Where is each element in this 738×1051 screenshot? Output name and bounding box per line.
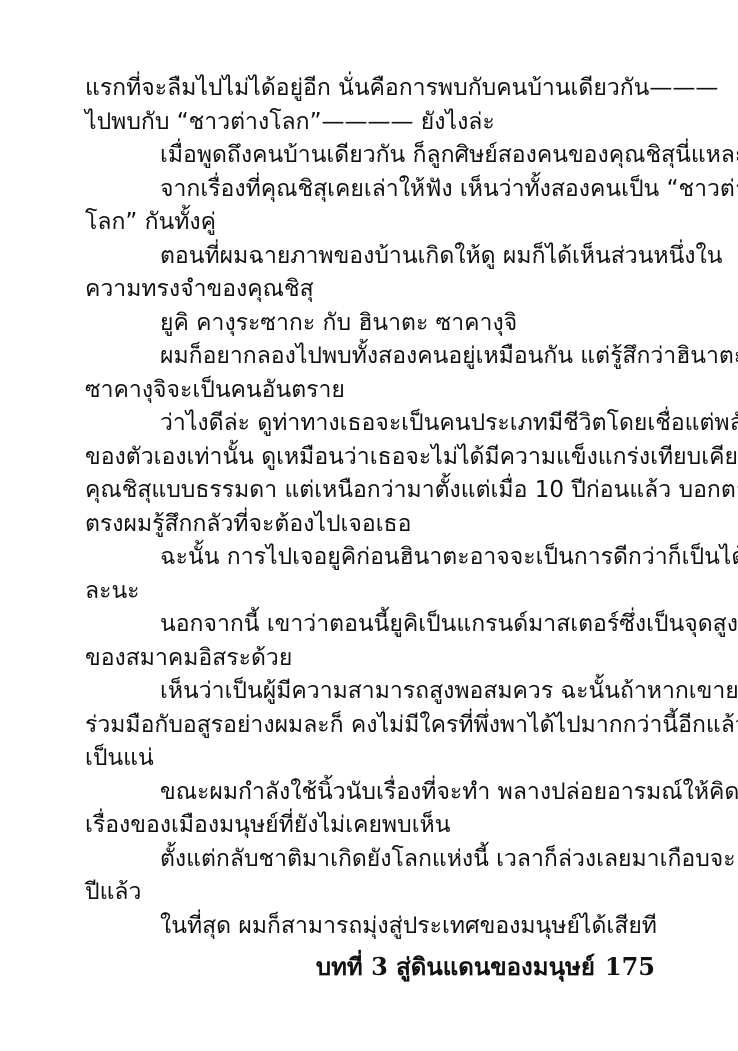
text-line: ของตัวเองเท่านั้น ดูเหมือนว่าเธอจะไม่ได้… (85, 441, 655, 475)
text-line: นอกจากนี้ เขาว่าตอนนี้ยูคิเป็นแกรนด์มาสเ… (85, 608, 655, 642)
text-line: คุณชิสุแบบธรรมดา แต่เหนือกว่ามาตั้งแต่เม… (85, 474, 655, 508)
text-line: ความทรงจำของคุณชิสุ (85, 273, 655, 307)
page-number: 175 (605, 952, 655, 981)
text-line: ไปพบกับ “ชาวต่างโลก”———— ยังไงล่ะ (85, 106, 655, 140)
text-line: เป็นแน่ (85, 742, 655, 776)
text-line: โลก” กันทั้งคู่ (85, 206, 655, 240)
text-line: ร่วมมือกับอสูรอย่างผมละก็ คงไม่มีใครที่พ… (85, 709, 655, 743)
text-line: ในที่สุด ผมก็สามารถมุ่งสู่ประเทศของมนุษย… (85, 910, 655, 944)
text-line: ตรงผมรู้สึกกลัวที่จะต้องไปเจอเธอ (85, 508, 655, 542)
text-line: เรื่องของเมืองมนุษย์ที่ยังไม่เคยพบเห็น (85, 809, 655, 843)
text-line: แรกที่จะลืมไปไม่ได้อยู่อีก นั่นคือการพบก… (85, 72, 655, 106)
text-line: ขณะผมกำลังใช้นิ้วนับเรื่องที่จะทำ พลางปล… (85, 776, 655, 810)
text-line: ละนะ (85, 575, 655, 609)
body-text: แรกที่จะลืมไปไม่ได้อยู่อีก นั่นคือการพบก… (85, 72, 655, 943)
page-footer: บทที่ 3 สู่ดินแดนของมนุษย์175 (316, 950, 655, 984)
text-line: เมื่อพูดถึงคนบ้านเดียวกัน ก็ลูกศิษย์สองค… (85, 139, 655, 173)
text-line: ตั้งแต่กลับชาติมาเกิดยังโลกแห่งนี้ เวลาก… (85, 843, 655, 877)
text-line: ผมก็อยากลองไปพบทั้งสองคนอยู่เหมือนกัน แต… (85, 340, 655, 374)
book-page: แรกที่จะลืมไปไม่ได้อยู่อีก นั่นคือการพบก… (0, 0, 738, 1051)
text-line: จากเรื่องที่คุณชิสุเคยเล่าให้ฟัง เห็นว่า… (85, 173, 655, 207)
text-line: ซาคางุจิจะเป็นคนอันตราย (85, 374, 655, 408)
chapter-title: บทที่ 3 สู่ดินแดนของมนุษย์ (316, 952, 595, 981)
text-line: เห็นว่าเป็นผู้มีความสามารถสูงพอสมควร ฉะน… (85, 675, 655, 709)
text-line: ของสมาคมอิสระด้วย (85, 642, 655, 676)
text-line: ว่าไงดีล่ะ ดูท่าทางเธอจะเป็นคนประเภทมีชี… (85, 407, 655, 441)
text-line: ฉะนั้น การไปเจอยูคิก่อนฮินาตะอาจจะเป็นกา… (85, 541, 655, 575)
text-line: ปีแล้ว (85, 876, 655, 910)
text-line: ยูคิ คางุระซากะ กับ ฮินาตะ ซาคางุจิ (85, 307, 655, 341)
text-line: ตอนที่ผมฉายภาพของบ้านเกิดให้ดู ผมก็ได้เห… (85, 240, 655, 274)
